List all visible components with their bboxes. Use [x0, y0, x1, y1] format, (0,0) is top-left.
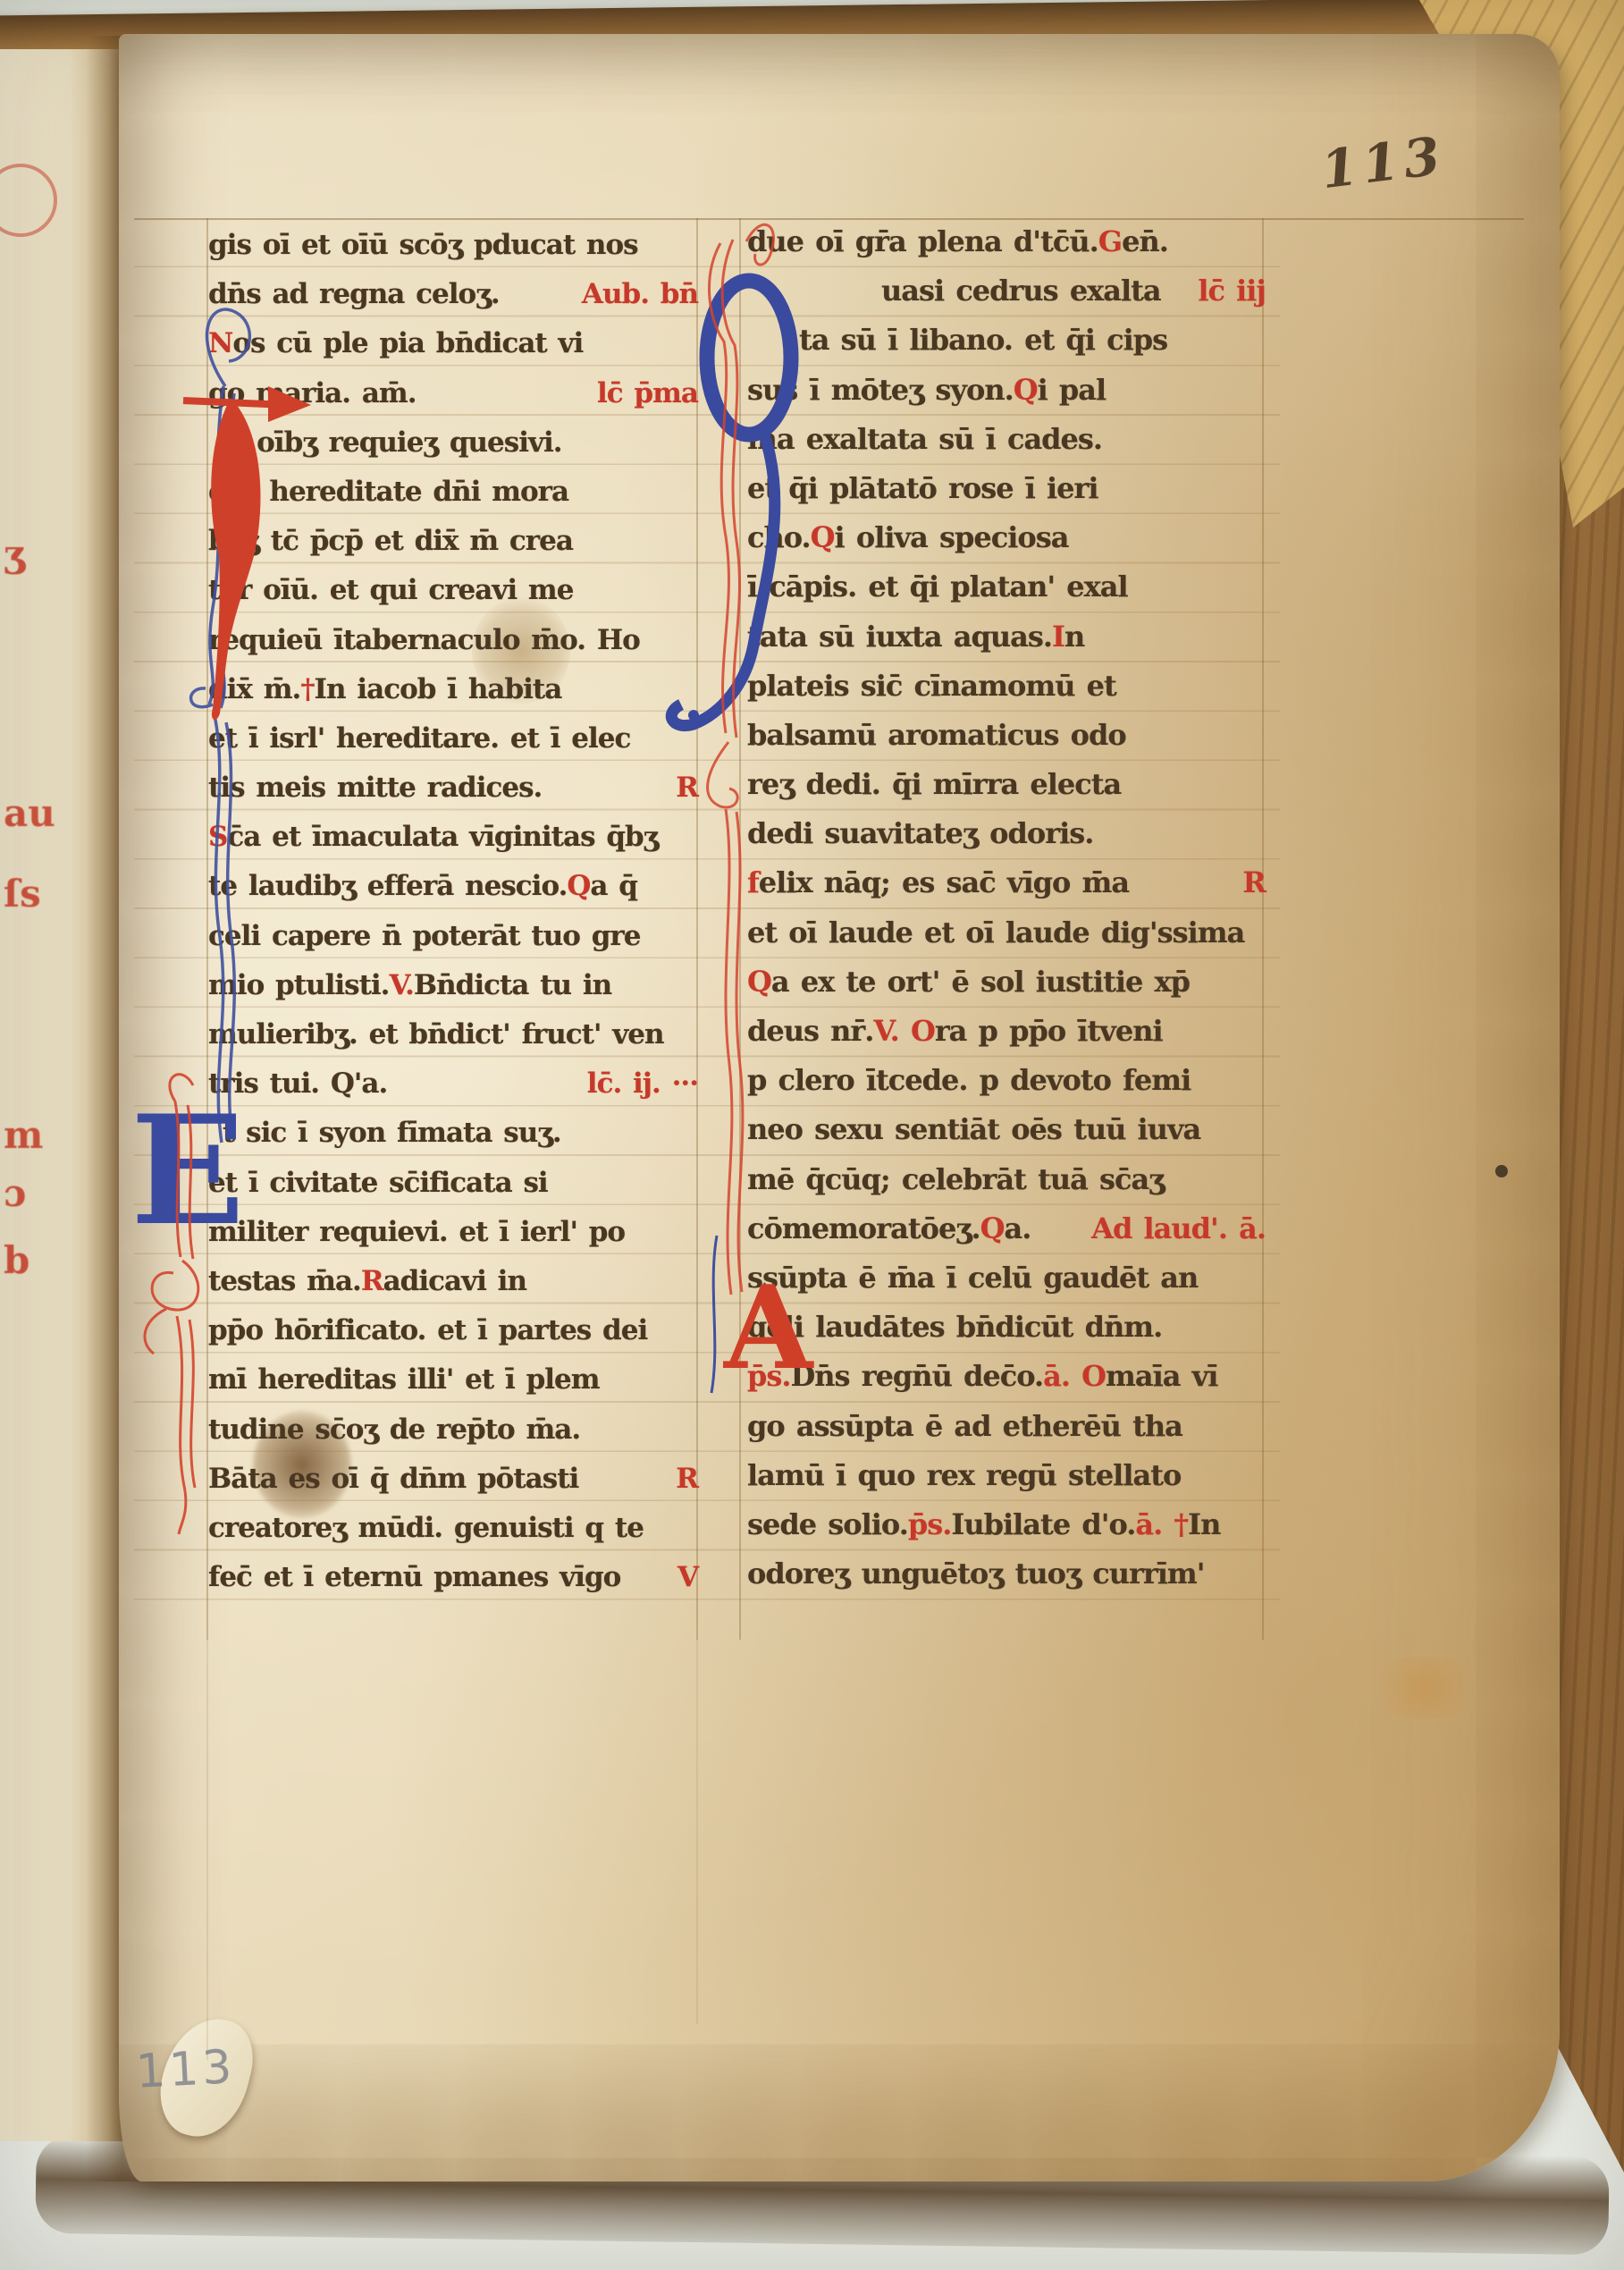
body-text: uasi cedrus exalta — [881, 266, 1161, 316]
body-text: et q̄i plātatō rose ī ieri — [747, 464, 1098, 513]
text-line: mē q̄cūq; celebrāt tuā sc̄aʒ — [747, 1155, 1266, 1204]
body-text: os cū ple pia bn̄dicat vi — [232, 319, 583, 368]
text-line: t sic ī syon fīmata suʒ. — [208, 1109, 698, 1158]
text-line: deus nr̄. V. Ora p pp̄o ītveni — [747, 1007, 1266, 1056]
body-text: tris tui. Q'a. — [208, 1059, 387, 1109]
text-line: sede solio. p̄s. Iubilate d'o. ā. †In — [747, 1500, 1266, 1549]
body-text: In iacob ī habita — [315, 665, 562, 714]
body-text: n — [1064, 612, 1084, 662]
body-text: c̄a et īmaculata vīginitas q̄bʒ — [227, 813, 658, 862]
rubric-text: lc̄ p̄ma — [597, 369, 698, 418]
body-text: dedi suavitateʒ odoris. — [747, 809, 1093, 858]
facing-page-fragment: m — [4, 1113, 43, 1157]
text-line: Qa ex te ort' ē sol iustitie xp̄ — [747, 958, 1266, 1007]
body-text: testas m̄a. — [208, 1257, 361, 1306]
rubric-text: ā. O — [1043, 1352, 1106, 1401]
body-text: adicavi in — [383, 1257, 526, 1306]
column-rule-gutter-extension — [696, 1640, 698, 2024]
text-line: Nos cū ple pia bn̄dicat vi — [208, 319, 698, 368]
body-text: p clero ītcede. p devoto femi — [747, 1056, 1191, 1105]
text-line: felix nāq; es sac̄ vīgo m̄a R — [747, 858, 1266, 907]
text-line: creatoreʒ mūdi. genuisti q te — [208, 1504, 698, 1553]
column-rule-left-extension — [206, 1640, 208, 2060]
body-text: geli laudātes bn̄dicūt dn̄m. — [747, 1303, 1162, 1352]
text-line: go assūpta ē ad etherēū tha — [747, 1402, 1266, 1451]
text-line: testas m̄a. Radicavi in — [208, 1257, 698, 1306]
body-text: tata sū iuxta aquas. — [747, 612, 1052, 662]
body-text: cōmemoratōeʒ. — [747, 1204, 980, 1253]
body-text: tor oīū. et qui creavi me — [208, 566, 573, 615]
body-text: tudine sc̄oʒ de rep̄to m̄a. — [208, 1405, 580, 1455]
body-text: dix̄ m̄. — [208, 665, 300, 714]
body-text: gis oī et oīū scōʒ pducat nos — [208, 221, 638, 270]
text-line: p clero ītcede. p devoto femi — [747, 1056, 1266, 1105]
text-line: et ī isrl' hereditare. et ī elec — [208, 714, 698, 764]
rubric-text: Q — [567, 862, 590, 911]
body-text: go assūpta ē ad etherēū tha — [747, 1402, 1182, 1451]
photo-of-manuscript: { "page": { "folio_ink": "113", "folio_p… — [0, 0, 1624, 2270]
body-text: sede solio. — [747, 1500, 908, 1549]
text-line: et q̄i plātatō rose ī ieri — [747, 464, 1266, 513]
body-text: boʒ tc̄ p̄cp̄ et dix̄ m̄ crea — [208, 517, 573, 566]
rubric-text: lc̄ iij — [1198, 266, 1266, 316]
body-text: due oī gr̄a plena d'tc̄ū. — [747, 217, 1098, 266]
rubric-text: Q — [980, 1204, 1005, 1253]
rubric-text: † — [300, 665, 314, 714]
rubric-text: V. — [389, 961, 413, 1010]
text-column-left: gis oī et oīū scōʒ pducat nosdn̄s ad reg… — [208, 221, 698, 1602]
text-line: te laudibʒ efferā nescio. Qa q̄ — [208, 862, 698, 911]
text-line: et oī laude et oī laude dig'ssima — [747, 908, 1266, 958]
rubric-text: R — [1242, 858, 1266, 907]
text-line: dedi suavitateʒ odoris. — [747, 809, 1266, 858]
column-rule-gutter-b — [739, 218, 741, 1640]
text-line: tor oīū. et qui creavi me — [208, 566, 698, 615]
body-text: odoreʒ unguētoʒ tuoʒ currīm' — [747, 1549, 1205, 1599]
rubric-text: I — [1052, 612, 1064, 662]
body-text: a. — [1005, 1204, 1031, 1253]
facing-page-fragment: ʒ — [4, 532, 25, 576]
body-text: tis meis mitte radices. — [208, 764, 542, 813]
text-line: sus ī mōteʒ syon. Qi pal — [747, 366, 1266, 415]
body-text: fec̄ et ī eternū pmanes vīgo — [208, 1553, 620, 1602]
text-line: uasi cedrus exalta lc̄ iij — [747, 266, 1266, 316]
rubric-text: ā. † — [1135, 1500, 1188, 1549]
red-stamp-ring — [0, 164, 57, 237]
body-text: creatoreʒ mūdi. genuisti q te — [208, 1504, 644, 1553]
text-line: tudine sc̄oʒ de rep̄to m̄a. — [208, 1405, 698, 1455]
text-line: dn̄s ad regna celoʒ. Aub. bn̄ — [208, 270, 698, 319]
rubric-text: G — [1098, 217, 1122, 266]
body-text: dn̄s ad regna celoʒ. — [208, 270, 500, 319]
text-line: ī cāpis. et q̄i platan' exal — [747, 562, 1266, 612]
body-text: et ī civitate sc̄ificata si — [208, 1159, 548, 1208]
rubric-text: Aub. bn̄ — [582, 270, 698, 319]
text-line: militer requievi. et ī ierl' po — [208, 1208, 698, 1257]
body-text: Bāta es oī q̄ dn̄m pōtasti — [208, 1455, 578, 1504]
rubric-text: lc̄. ij. ··· — [587, 1059, 698, 1109]
body-text: t sic ī syon fīmata suʒ. — [223, 1109, 561, 1158]
body-text: ta sū ī libano. et q̄i cips — [799, 316, 1167, 365]
body-text: elix nāq; es sac̄ vīgo m̄a — [759, 858, 1129, 907]
body-text: et ī hereditate dn̄i mora — [208, 468, 568, 517]
text-line: et ī civitate sc̄ificata si — [208, 1159, 698, 1208]
body-text: Iubilate d'o. — [951, 1500, 1135, 1549]
text-line: celi capere n̄ poterāt tuo gre — [208, 912, 698, 961]
body-text: a q̄ — [590, 862, 637, 911]
text-column-right: due oī gr̄a plena d'tc̄ū. Gen̄.uasi cedr… — [747, 217, 1266, 1599]
rubric-text: Ad laud'. ā. — [1091, 1204, 1266, 1253]
body-text: pp̄o hōrificato. et ī partes dei — [208, 1306, 647, 1355]
body-text: et ī isrl' hereditare. et ī elec — [208, 714, 630, 764]
rubric-text: N — [208, 319, 232, 368]
text-line: Sc̄a et īmaculata vīginitas q̄bʒ — [208, 813, 698, 862]
body-text: cho. — [747, 513, 811, 562]
facing-page-fragment: au — [4, 791, 55, 835]
body-text: ra p pp̄o ītveni — [935, 1007, 1163, 1056]
body-text: N oībʒ requieʒ quesivi. — [221, 418, 562, 468]
body-text: mē q̄cūq; celebrāt tuā sc̄aʒ — [747, 1155, 1164, 1204]
text-line: tris tui. Q'a. lc̄. ij. ··· — [208, 1059, 698, 1109]
body-text: In — [1188, 1500, 1220, 1549]
text-line: ta sū ī libano. et q̄i cips — [747, 316, 1266, 365]
body-text: ssūpta ē m̄a ī celū gaudēt an — [747, 1253, 1198, 1303]
text-line: cho. Qi oliva speciosa — [747, 513, 1266, 562]
parchment-stain — [1366, 1657, 1482, 1719]
body-text: i oliva speciosa — [835, 513, 1069, 562]
text-line: pp̄o hōrificato. et ī partes dei — [208, 1306, 698, 1355]
body-text: ī cāpis. et q̄i platan' exal — [747, 562, 1128, 612]
rubric-text: f — [747, 858, 759, 907]
rubric-text: Q — [747, 958, 771, 1007]
text-line: gis oī et oīū scōʒ pducat nos — [208, 221, 698, 270]
body-text: balsamū aromaticus odo — [747, 711, 1126, 760]
body-text: requieū ītabernaculo m̄o. Ho — [208, 616, 640, 665]
body-text: reʒ dedi. q̄i mīrra electa — [747, 760, 1121, 809]
text-line: reʒ dedi. q̄i mīrra electa — [747, 760, 1266, 809]
text-line: et ī hereditate dn̄i mora — [208, 468, 698, 517]
body-text: lamū ī quo rex regū stellato — [747, 1451, 1181, 1500]
body-text: ma exaltata sū ī cades. — [747, 415, 1102, 464]
text-line: due oī gr̄a plena d'tc̄ū. Gen̄. — [747, 217, 1266, 266]
body-text: celi capere n̄ poterāt tuo gre — [208, 912, 640, 961]
rubric-text: p̄s. — [747, 1352, 791, 1401]
body-text: Dn̄s regn̄ū dec̄o. — [791, 1352, 1044, 1401]
text-line: ssūpta ē m̄a ī celū gaudēt an — [747, 1253, 1266, 1303]
rubric-text: Q — [811, 513, 835, 562]
text-line: cōmemoratōeʒ. Qa. Ad laud'. ā. — [747, 1204, 1266, 1253]
text-line: dix̄ m̄. † In iacob ī habita — [208, 665, 698, 714]
rubric-text: p̄s. — [908, 1500, 952, 1549]
text-line: mio ptulisti. V. Bn̄dicta tu in — [208, 961, 698, 1010]
text-line: tis meis mitte radices. R — [208, 764, 698, 813]
folio-number-pencil: 113 — [135, 2040, 237, 2099]
body-text: en̄. — [1122, 217, 1168, 266]
text-line: geli laudātes bn̄dicūt dn̄m. — [747, 1303, 1266, 1352]
ink-speck — [1495, 1165, 1508, 1177]
text-line: fec̄ et ī eternū pmanes vīgo V — [208, 1553, 698, 1602]
facing-page-fragment: ſs — [4, 872, 41, 916]
rubric-text: S — [208, 813, 227, 862]
body-text: mulieribʒ. et bn̄dict' fruct' ven — [208, 1010, 664, 1059]
text-line: lamū ī quo rex regū stellato — [747, 1451, 1266, 1500]
body-text: neo sexu sentiāt oēs tuū iuva — [747, 1105, 1200, 1154]
body-text: plateis sic̄ cīnamomū et — [747, 662, 1116, 711]
text-line: ma exaltata sū ī cades. — [747, 415, 1266, 464]
facing-page-fragment: b — [4, 1238, 29, 1282]
body-text: go maria. am̄. — [208, 369, 417, 418]
text-line: tata sū iuxta aquas. In — [747, 612, 1266, 662]
body-text: i pal — [1038, 366, 1107, 415]
rubric-text: V. O — [873, 1007, 934, 1056]
text-line: p̄s. Dn̄s regn̄ū dec̄o. ā. Omaīa vī — [747, 1352, 1266, 1401]
rubric-text: Q — [1014, 366, 1038, 415]
body-text: Bn̄dicta tu in — [414, 961, 611, 1010]
text-line: boʒ tc̄ p̄cp̄ et dix̄ m̄ crea — [208, 517, 698, 566]
facing-page-fragment: ɔ — [4, 1171, 27, 1215]
text-line: mulieribʒ. et bn̄dict' fruct' ven — [208, 1010, 698, 1059]
body-text: a ex te ort' ē sol iustitie xp̄ — [771, 958, 1190, 1007]
body-text: te laudibʒ efferā nescio. — [208, 862, 567, 911]
rubric-text: V — [677, 1553, 698, 1602]
rubric-text: R — [361, 1257, 383, 1306]
body-text: mī hereditas illi' et ī plem — [208, 1355, 600, 1405]
text-line: Bāta es oī q̄ dn̄m pōtasti R — [208, 1455, 698, 1504]
body-text: et oī laude et oī laude dig'ssima — [747, 908, 1244, 958]
body-text: deus nr̄. — [747, 1007, 873, 1056]
text-line: go maria. am̄. lc̄ p̄ma — [208, 369, 698, 418]
body-text: sus ī mōteʒ syon. — [747, 366, 1014, 415]
body-text: militer requievi. et ī ierl' po — [208, 1208, 625, 1257]
text-line: mī hereditas illi' et ī plem — [208, 1355, 698, 1405]
text-line: neo sexu sentiāt oēs tuū iuva — [747, 1105, 1266, 1154]
text-line: balsamū aromaticus odo — [747, 711, 1266, 760]
text-line: plateis sic̄ cīnamomū et — [747, 662, 1266, 711]
text-line: requieū ītabernaculo m̄o. Ho — [208, 616, 698, 665]
text-line: odoreʒ unguētoʒ tuoʒ currīm' — [747, 1549, 1266, 1599]
body-text: maīa vī — [1106, 1352, 1217, 1401]
body-text: mio ptulisti. — [208, 961, 389, 1010]
rubric-text: R — [676, 1455, 698, 1504]
rubric-text: R — [676, 764, 698, 813]
text-line: N oībʒ requieʒ quesivi. — [208, 418, 698, 468]
